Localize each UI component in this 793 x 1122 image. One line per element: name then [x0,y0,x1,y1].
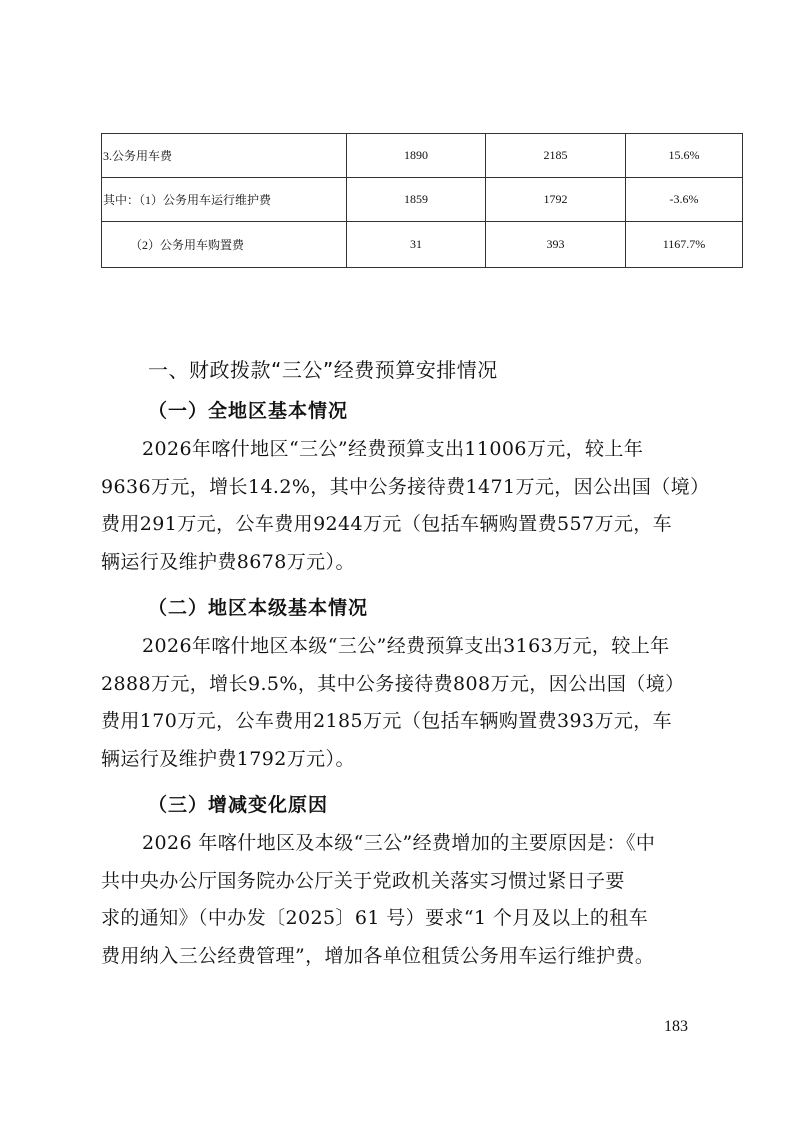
section-heading: 一、财政拨款“三公”经费预算安排情况 [148,354,498,383]
table-row: 其中：（1）公务用车运行维护费 1859 1792 -3.6% [102,178,743,222]
paragraph-line: 2026年喀什地区本级“三公”经费预算支出3163万元，较上年 [101,628,691,666]
cell-value: 393 [486,222,626,268]
paragraph-line: 9636万元，增长14.2%，其中公务接待费1471万元，因公出国（境） [101,469,691,507]
paragraph-line: 2888万元，增长9.5%，其中公务接待费808万元，因公出国（境） [101,666,691,704]
paragraph-line: 辆运行及维护费8678万元）。 [101,544,691,582]
three-public-expenses-table: 3.公务用车费 1890 2185 15.6% 其中：（1）公务用车运行维护费 … [101,133,743,268]
subsection-heading-3: （三）增减变化原因 [148,790,328,817]
paragraph-line: 费用纳入三公经费管理”，增加各单位租赁公务用车运行维护费。 [101,938,691,976]
row-label: 其中：（1）公务用车运行维护费 [102,178,347,222]
paragraph-line: 求的通知》（中办发〔2025〕61 号）要求“1 个月及以上的租车 [101,900,691,938]
paragraph-line: 辆运行及维护费1792万元）。 [101,741,691,779]
paragraph-line: 费用291万元，公车费用9244万元（包括车辆购置费557万元，车 [101,506,691,544]
paragraph-line: 费用170万元，公车费用2185万元（包括车辆购置费393万元，车 [101,703,691,741]
cell-value: 1859 [347,178,486,222]
cell-value: 1792 [486,178,626,222]
paragraph-line: 2026年喀什地区“三公”经费预算支出11006万元，较上年 [101,431,691,469]
paragraph-change-reasons: 2026 年喀什地区及本级“三公”经费增加的主要原因是：《中 共中央办公厅国务院… [101,825,691,975]
row-label: （2）公务用车购置费 [102,222,347,268]
cell-value: 2185 [486,134,626,178]
row-label: 3.公务用车费 [102,134,347,178]
table-row: 3.公务用车费 1890 2185 15.6% [102,134,743,178]
cell-percent: 1167.7% [626,222,743,268]
subsection-heading-2: （二）地区本级基本情况 [148,593,368,620]
cell-value: 1890 [347,134,486,178]
cell-percent: 15.6% [626,134,743,178]
paragraph-overall: 2026年喀什地区“三公”经费预算支出11006万元，较上年 9636万元，增长… [101,431,691,581]
cell-percent: -3.6% [626,178,743,222]
paragraph-line: 共中央办公厅国务院办公厅关于党政机关落实习惯过紧日子要 [101,863,691,901]
cell-value: 31 [347,222,486,268]
table-row: （2）公务用车购置费 31 393 1167.7% [102,222,743,268]
page-number: 183 [664,1018,688,1036]
paragraph-line: 2026 年喀什地区及本级“三公”经费增加的主要原因是：《中 [101,825,691,863]
subsection-heading-1: （一）全地区基本情况 [148,396,348,423]
paragraph-prefecture-level: 2026年喀什地区本级“三公”经费预算支出3163万元，较上年 2888万元，增… [101,628,691,778]
